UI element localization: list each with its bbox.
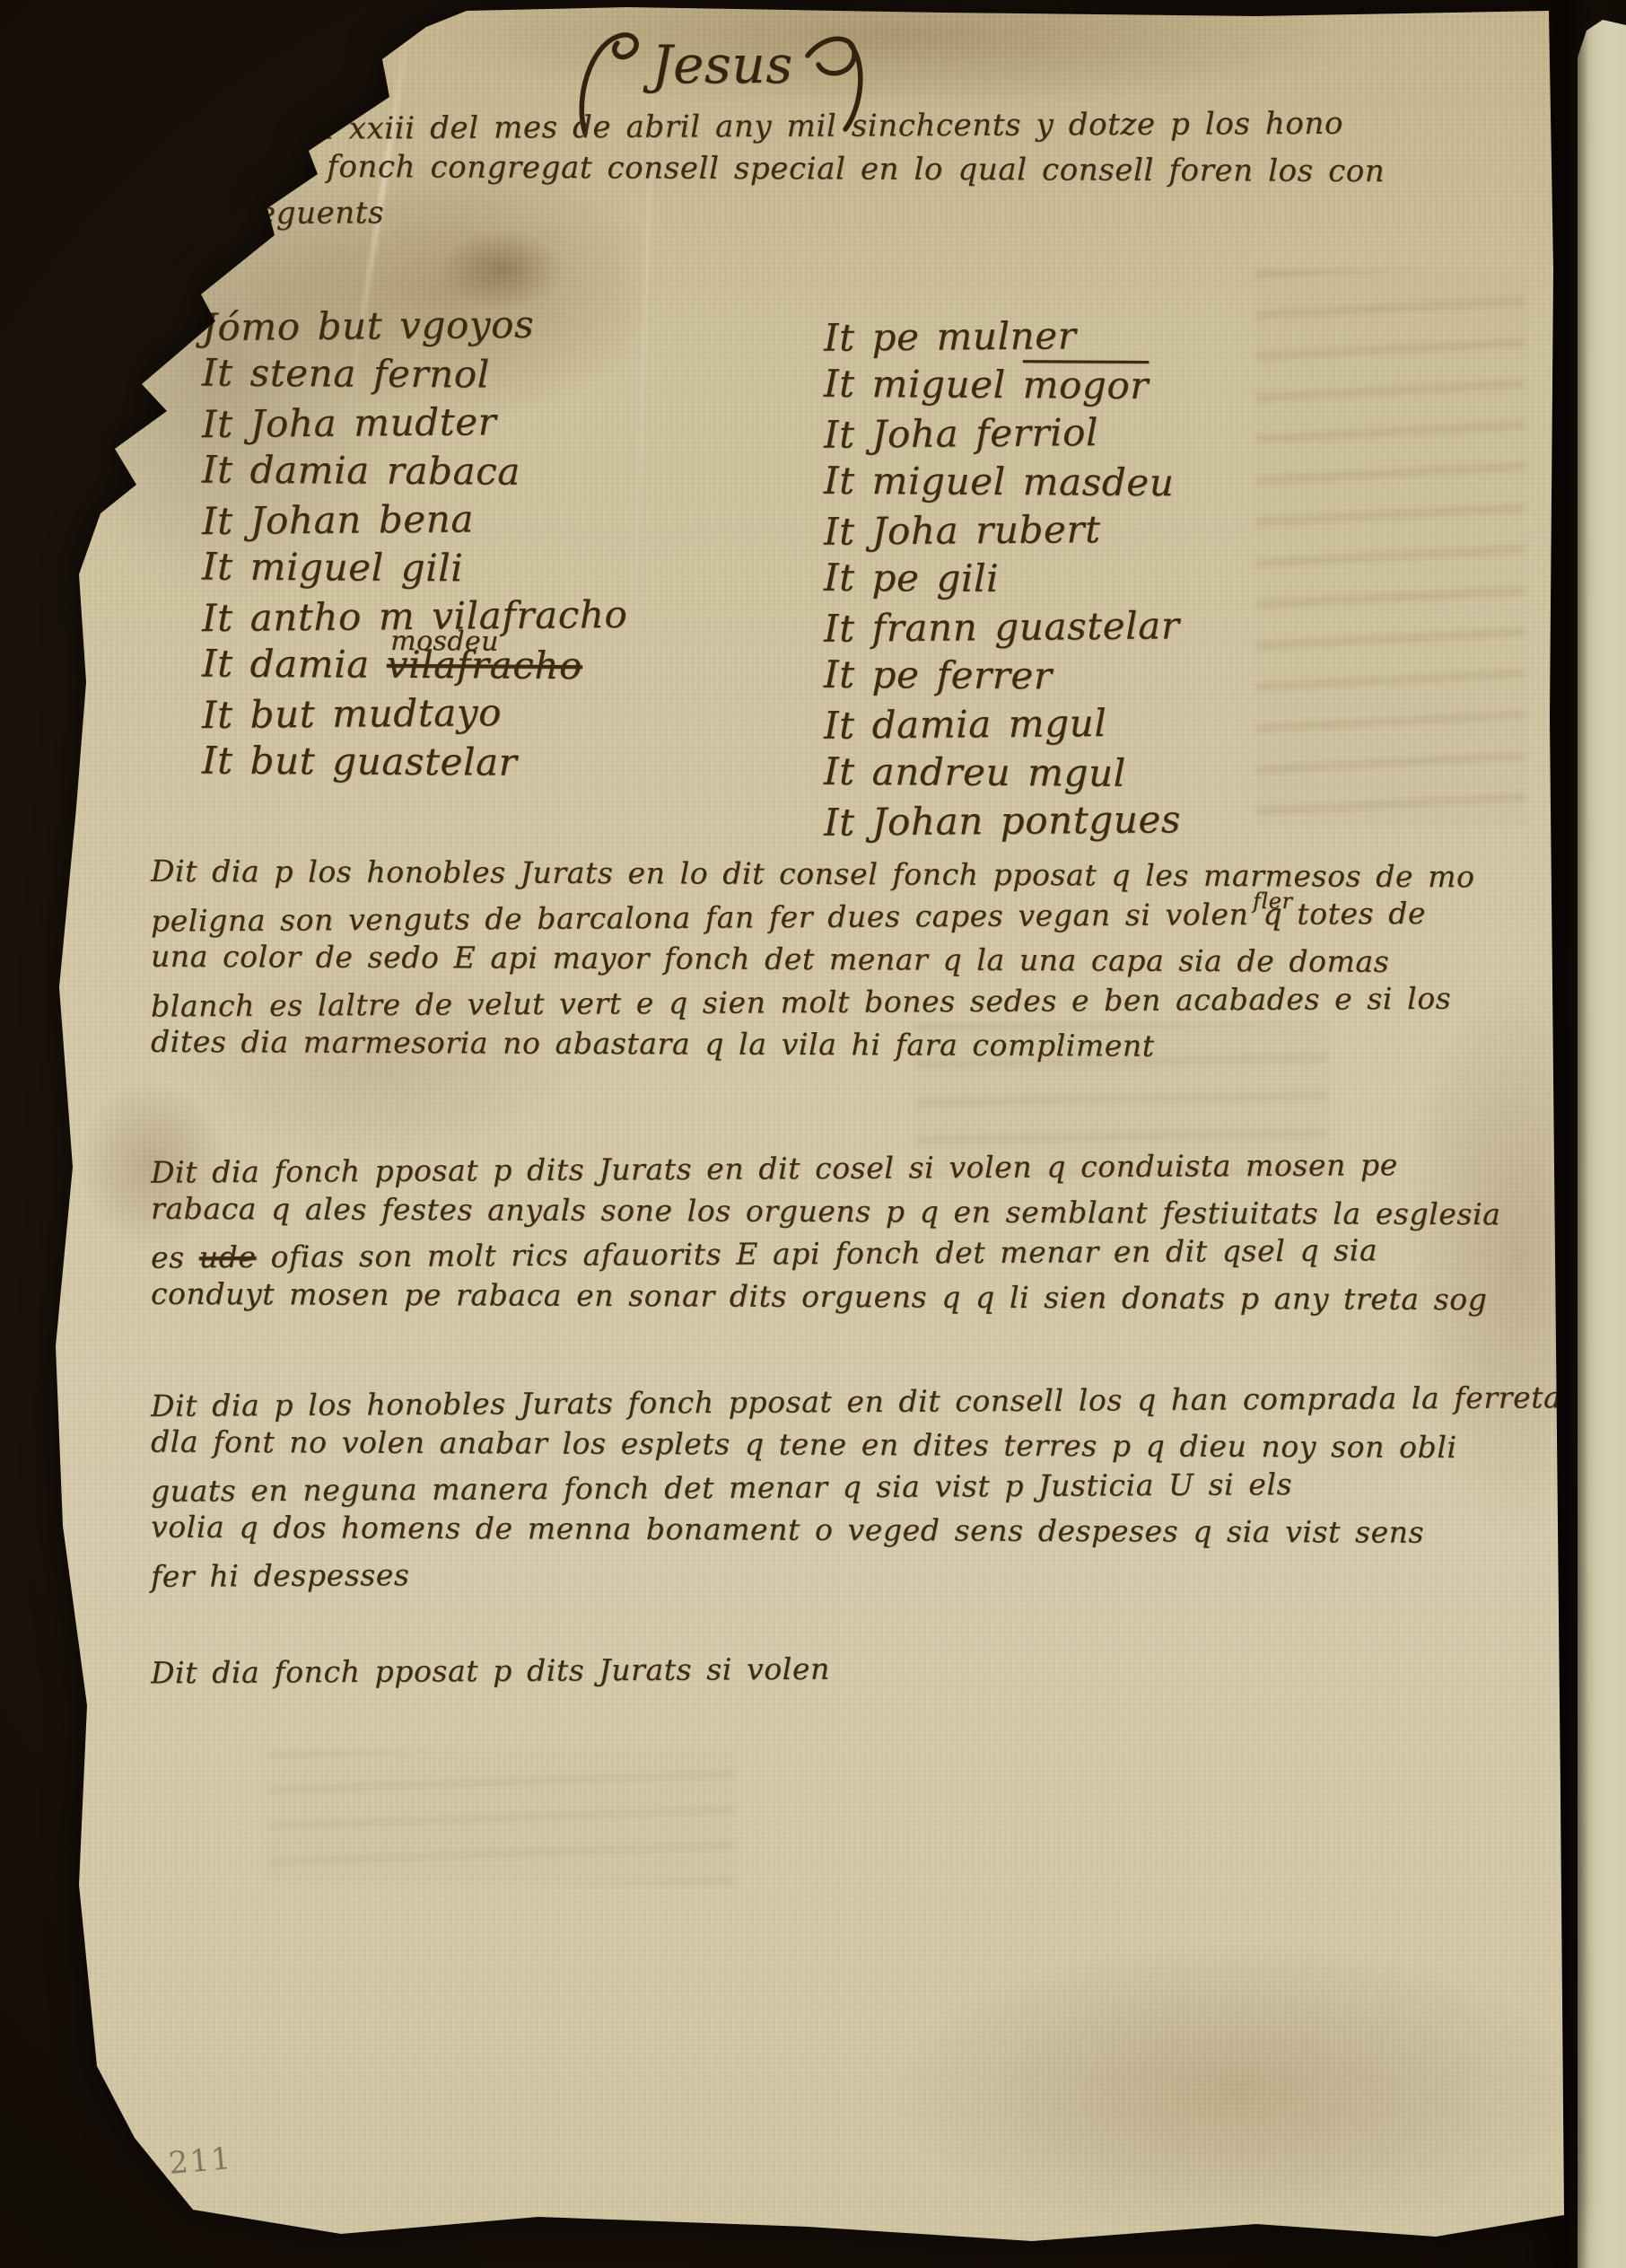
text-run: es	[151, 1239, 199, 1274]
header-invocation: Jesus	[651, 34, 792, 95]
text-run: Dit dia fonch pposat p dits Jurats en di…	[151, 1147, 1398, 1189]
manuscript-line: bles Jurats fonch congregat consell spec…	[136, 145, 1386, 193]
ink-bleedthrough	[1256, 269, 1525, 826]
text-run: guats en neguna manera fonch det menar q…	[151, 1467, 1292, 1509]
text-run: It miguel gili	[202, 545, 464, 591]
council-name-row: It miguel masdeu	[824, 459, 1181, 509]
text-run: It pe mulner	[824, 313, 1077, 359]
ink-bleedthrough	[269, 1750, 736, 1885]
deliberation-paragraph-3: Dit dia p los honobles Jurats fonch ppos…	[151, 1380, 1574, 1594]
text-run: It stena fernol	[202, 351, 490, 397]
text-run: It but guastelar	[202, 739, 518, 784]
council-name-row: It miguel gili	[202, 545, 628, 596]
abbreviated-text: mogor	[1023, 363, 1150, 407]
text-run: It Joha rubert	[824, 507, 1101, 554]
text-run: It Joha ferriol	[824, 410, 1099, 457]
deliberation-paragraph-1: fler Dit dia p los honobles Jurats en lo…	[151, 853, 1475, 1066]
deliberation-paragraph-4: Dit dia fonch pposat p dits Jurats si vo…	[151, 1650, 830, 1693]
manuscript-line: una color de sedo E api mayor fonch det …	[151, 935, 1475, 984]
text-run: It frann guastelar	[824, 603, 1180, 650]
header-text: Jesus	[651, 34, 792, 95]
manuscript-line: guats en neguna manera fonch det menar q…	[151, 1461, 1574, 1512]
council-name-row: It Johan pontgues	[824, 797, 1182, 848]
text-run: It pe ferrer	[824, 652, 1053, 698]
text-run: It damia rabaca	[202, 448, 520, 494]
council-name-row: It damia vilafrachomosdeu	[202, 642, 628, 693]
manuscript-line: dla font no volen anabar los esplets q t…	[151, 1420, 1574, 1468]
manuscript-line: blanch es laltre de velut vert e q sien …	[151, 976, 1475, 1028]
council-name-row: It pe mulner	[824, 312, 1182, 363]
text-run: Dit dia p los honobles Jurats en lo dit …	[151, 854, 1475, 894]
text-run: It Johan bena	[202, 496, 474, 543]
council-name-row: It stena fernol	[202, 351, 628, 402]
council-name-row: It miguel mogor	[824, 362, 1181, 412]
council-name-row: It Joha mudter	[202, 398, 628, 451]
manuscript-line: Dit dia p los honobles Jurats en lo dit …	[151, 850, 1475, 898]
text-run: It miguel	[824, 362, 1023, 407]
manuscript-line: Dit dia fonch pposat p dits Jurats en di…	[151, 1143, 1501, 1194]
council-name-row: Jómo but vgoyos	[202, 302, 628, 354]
manuscript-line: dites dia marmesoria no abastara q la vi…	[151, 1020, 1475, 1069]
manuscript-line: selles seguents	[136, 187, 1386, 235]
council-list-right: It pe mulnerIt miguel mogorIt Joha ferri…	[824, 314, 1181, 847]
folio-number-top: 298	[173, 26, 258, 80]
deliberation-paragraph-2: Dit dia fonch pposat p dits Jurats en di…	[151, 1147, 1500, 1318]
council-name-row: It pe ferrer	[824, 652, 1181, 703]
council-name-row: It damia rabaca	[202, 448, 628, 499]
manuscript-line: volia q dos homens de menna bonament o v…	[151, 1505, 1574, 1554]
text-run: It Joha mudter	[202, 399, 497, 446]
council-name-row: It Joha rubert	[824, 506, 1182, 557]
council-name-row: It but mudtayo	[202, 689, 628, 741]
council-name-row: It but guastelar	[202, 739, 628, 790]
council-name-row: It damia mgul	[824, 700, 1182, 751]
page-shadow: 298 Jesus Diuendres a xxiii del mes de a…	[0, 0, 1626, 2268]
text-run: It damia mgul	[824, 701, 1107, 748]
struck-text: ude	[199, 1239, 257, 1274]
council-name-row: It Johan bena	[202, 495, 628, 547]
manuscript-page: 298 Jesus Diuendres a xxiii del mes de a…	[0, 0, 1626, 2268]
text-run: ofias son molt rics afauorits E api fonc…	[256, 1232, 1377, 1274]
manuscript-line: Diuendres a xxiii del mes de abril any m…	[136, 102, 1386, 151]
council-name-row: It Joha ferriol	[824, 409, 1182, 460]
text-run: It pe gili	[824, 556, 999, 600]
council-list-left: Jómo but vgoyosIt stena fernolIt Joha mu…	[202, 303, 627, 788]
council-name-row: It pe gili	[824, 556, 1181, 606]
text-run: dla font no volen anabar los esplets q t…	[151, 1423, 1457, 1464]
council-name-row: It andreu mgul	[824, 749, 1181, 800]
text-run: It Johan pontgues	[824, 797, 1181, 844]
text-run: rabaca q ales festes anyals sone los org…	[151, 1190, 1501, 1231]
manuscript-photo: 298 Jesus Diuendres a xxiii del mes de a…	[0, 0, 1626, 2268]
text-run: volia q dos homens de menna bonament o v…	[151, 1509, 1424, 1549]
text-run: Jómo but vgoyos	[202, 302, 535, 349]
council-name-row: It frann guastelar	[824, 603, 1182, 654]
text-run: dites dia marmesoria no abastara q la vi…	[151, 1024, 1155, 1064]
text-run: peligna son venguts de barcalona fan fer…	[151, 895, 1426, 938]
text-run: conduyt mosen pe rabaca en sonar dits or…	[151, 1275, 1488, 1316]
manuscript-line: Dit dia fonch pposat p dits Jurats si vo…	[151, 1648, 830, 1694]
text-run: fer hi despesses	[151, 1557, 410, 1594]
manuscript-line: es ude ofias son molt rics afauorits E a…	[151, 1228, 1501, 1279]
text-run: una color de sedo E api mayor fonch det …	[151, 939, 1389, 979]
manuscript-line: fer hi despesses	[151, 1546, 1574, 1598]
text-run: It damia	[202, 642, 387, 687]
text-run: blanch es laltre de velut vert e q sien …	[151, 980, 1451, 1023]
manuscript-line: rabaca q ales festes anyals sone los org…	[151, 1187, 1501, 1235]
text-run: It but mudtayo	[202, 690, 502, 737]
interlinear-annotation: mosdeu	[390, 619, 499, 665]
manuscript-line: Dit dia p los honobles Jurats fonch ppos…	[151, 1376, 1574, 1427]
manuscript-line: peligna son venguts de barcalona fan fer…	[151, 891, 1475, 942]
folio-number-bottom-pencil: 211	[167, 2141, 233, 2182]
opening-paragraph: Diuendres a xxiii del mes de abril any m…	[136, 106, 1385, 232]
manuscript-line: conduyt mosen pe rabaca en sonar dits or…	[151, 1272, 1501, 1320]
text-run: It miguel masdeu	[824, 459, 1175, 504]
text-run: It andreu mgul	[824, 749, 1126, 795]
text-run: Dit dia p los honobles Jurats fonch ppos…	[151, 1379, 1574, 1423]
